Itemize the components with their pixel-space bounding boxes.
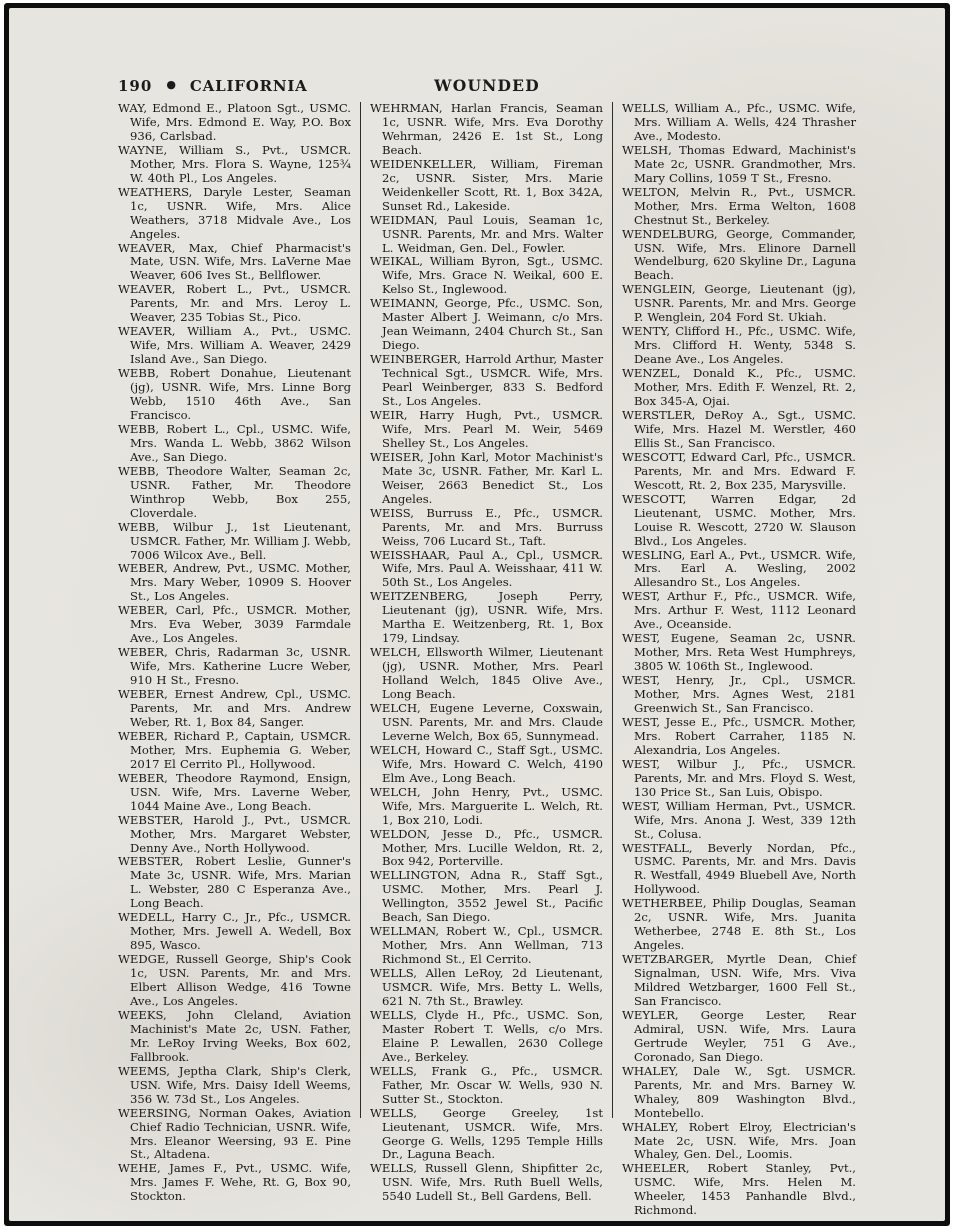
- column-2: WEHRMAN, Harlan Francis, Seaman 1c, USNR…: [361, 102, 613, 1118]
- casualty-entry: WEBB, Robert L., Cpl., USMC. Wife, Mrs. …: [118, 423, 351, 465]
- casualty-entry: WEYLER, George Lester, Rear Admiral, USN…: [622, 1009, 856, 1065]
- casualty-entry: WELCH, Ellsworth Wilmer, Lieutenant (jg)…: [370, 646, 603, 702]
- casualty-entry: WESTFALL, Beverly Nordan, Pfc., USMC. Pa…: [622, 842, 856, 898]
- casualty-entry: WELSH, Thomas Edward, Machinist's Mate 2…: [622, 144, 856, 186]
- casualty-entry: WEIDENKELLER, William, Fireman 2c, USNR.…: [370, 158, 603, 214]
- casualty-entry: WELCH, Howard C., Staff Sgt., USMC. Wife…: [370, 744, 603, 786]
- casualty-entry: WELDON, Jesse D., Pfc., USMCR. Mother, M…: [370, 828, 603, 870]
- casualty-entry: WEBB, Wilbur J., 1st Lieutenant, USMCR. …: [118, 521, 351, 563]
- casualty-entry: WEST, Arthur F., Pfc., USMCR. Wife, Mrs.…: [622, 590, 856, 632]
- casualty-entry: WEBER, Carl, Pfc., USMCR. Mother, Mrs. E…: [118, 604, 351, 646]
- casualty-entry: WELLMAN, Robert W., Cpl., USMCR. Mother,…: [370, 925, 603, 967]
- bullet-icon: ●: [166, 78, 176, 91]
- casualty-entry: WESCOTT, Edward Carl, Pfc., USMCR. Paren…: [622, 451, 856, 493]
- casualty-entry: WHEELER, Robert Stanley, Pvt., USMC. Wif…: [622, 1162, 856, 1218]
- casualty-entry: WEBER, Theodore Raymond, Ensign, USN. Wi…: [118, 772, 351, 814]
- casualty-entry: WEERSING, Norman Oakes, Aviation Chief R…: [118, 1107, 351, 1163]
- casualty-entry: WETHERBEE, Philip Douglas, Seaman 2c, US…: [622, 897, 856, 953]
- casualty-entry: WEBSTER, Harold J., Pvt., USMCR. Mother,…: [118, 814, 351, 856]
- casualty-entry: WEIMANN, George, Pfc., USMC. Son, Master…: [370, 297, 603, 353]
- casualty-entry: WEHE, James F., Pvt., USMC. Wife, Mrs. J…: [118, 1162, 351, 1204]
- casualty-entry: WEATHERS, Daryle Lester, Seaman 1c, USNR…: [118, 186, 351, 242]
- casualty-entry: WEIDMAN, Paul Louis, Seaman 1c, USNR. Pa…: [370, 214, 603, 256]
- casualty-entry: WELLS, Allen LeRoy, 2d Lieutenant, USMCR…: [370, 967, 603, 1009]
- page-header-left: 190 ● CALIFORNIA: [109, 76, 361, 95]
- casualty-entry: WEST, Jesse E., Pfc., USMCR. Mother, Mrs…: [622, 716, 856, 758]
- column-3: WELLS, William A., Pfc., USMC. Wife, Mrs…: [613, 102, 865, 1118]
- casualty-entry: WEIR, Harry Hugh, Pvt., USMCR. Wife, Mrs…: [370, 409, 603, 451]
- casualty-entry: WEAVER, William A., Pvt., USMC. Wife, Mr…: [118, 325, 351, 367]
- casualty-entry: WHALEY, Robert Elroy, Electrician's Mate…: [622, 1121, 856, 1163]
- casualty-entry: WENDELBURG, George, Commander, USN. Wife…: [622, 228, 856, 284]
- casualty-entry: WEST, Henry, Jr., Cpl., USMCR. Mother, M…: [622, 674, 856, 716]
- casualty-entry: WEBER, Richard P., Captain, USMCR. Mothe…: [118, 730, 351, 772]
- casualty-entry: WAYNE, William S., Pvt., USMCR. Mother, …: [118, 144, 351, 186]
- casualty-entry: WEDGE, Russell George, Ship's Cook 1c, U…: [118, 953, 351, 1009]
- page-number: 190: [118, 77, 152, 95]
- casualty-entry: WAY, Edmond E., Platoon Sgt., USMC. Wife…: [118, 102, 351, 144]
- casualty-entry: WEST, Wilbur J., Pfc., USMCR. Parents, M…: [622, 758, 856, 800]
- casualty-entry: WELLINGTON, Adna R., Staff Sgt., USMC. M…: [370, 869, 603, 925]
- casualty-entry: WEHRMAN, Harlan Francis, Seaman 1c, USNR…: [370, 102, 603, 158]
- casualty-entry: WENZEL, Donald K., Pfc., USMC. Mother, M…: [622, 367, 856, 409]
- casualty-entry: WEDELL, Harry C., Jr., Pfc., USMCR. Moth…: [118, 911, 351, 953]
- casualty-entry: WEEMS, Jeptha Clark, Ship's Clerk, USN. …: [118, 1065, 351, 1107]
- casualty-entry: WEBB, Theodore Walter, Seaman 2c, USNR. …: [118, 465, 351, 521]
- casualty-entry: WEITZENBERG, Joseph Perry, Lieutenant (j…: [370, 590, 603, 646]
- casualty-entry: WENGLEIN, George, Lieutenant (jg), USNR.…: [622, 283, 856, 325]
- column-layout: WAY, Edmond E., Platoon Sgt., USMC. Wife…: [109, 102, 905, 1118]
- casualty-entry: WEISER, John Karl, Motor Machinist's Mat…: [370, 451, 603, 507]
- column-1: WAY, Edmond E., Platoon Sgt., USMC. Wife…: [109, 102, 361, 1118]
- casualty-entry: WEBB, Robert Donahue, Lieutenant (jg), U…: [118, 367, 351, 423]
- casualty-entry: WERSTLER, DeRoy A., Sgt., USMC. Wife, Mr…: [622, 409, 856, 451]
- casualty-entry: WELLS, Russell Glenn, Shipfitter 2c, USN…: [370, 1162, 603, 1204]
- casualty-entry: WEAVER, Max, Chief Pharmacist's Mate, US…: [118, 242, 351, 284]
- casualty-entry: WEBER, Chris, Radarman 3c, USNR. Wife, M…: [118, 646, 351, 688]
- casualty-entry: WEINBERGER, Harrold Arthur, Master Techn…: [370, 353, 603, 409]
- casualty-entry: WEEKS, John Cleland, Aviation Machinist'…: [118, 1009, 351, 1065]
- casualty-entry: WELLS, George Greeley, 1st Lieutenant, U…: [370, 1107, 603, 1163]
- state-title: CALIFORNIA: [190, 77, 308, 95]
- casualty-entry: WEBER, Andrew, Pvt., USMC. Mother, Mrs. …: [118, 562, 351, 604]
- casualty-entry: WELLS, William A., Pfc., USMC. Wife, Mrs…: [622, 102, 856, 144]
- casualty-entry: WEIKAL, William Byron, Sgt., USMC. Wife,…: [370, 255, 603, 297]
- casualty-entry: WELLS, Frank G., Pfc., USMCR. Father, Mr…: [370, 1065, 603, 1107]
- casualty-entry: WELCH, Eugene Leverne, Coxswain, USN. Pa…: [370, 702, 603, 744]
- casualty-entry: WETZBARGER, Myrtle Dean, Chief Signalman…: [622, 953, 856, 1009]
- casualty-entry: WEBSTER, Robert Leslie, Gunner's Mate 3c…: [118, 855, 351, 911]
- document-page: 190 ● CALIFORNIA WOUNDED WAY, Edmond E.,…: [9, 8, 945, 1221]
- section-title: WOUNDED: [361, 76, 613, 95]
- casualty-entry: WESCOTT, Warren Edgar, 2d Lieutenant, US…: [622, 493, 856, 549]
- casualty-entry: WELTON, Melvin R., Pvt., USMCR. Mother, …: [622, 186, 856, 228]
- casualty-entry: WEST, Eugene, Seaman 2c, USNR. Mother, M…: [622, 632, 856, 674]
- casualty-entry: WEISS, Burruss E., Pfc., USMCR. Parents,…: [370, 507, 603, 549]
- casualty-entry: WELCH, John Henry, Pvt., USMC. Wife, Mrs…: [370, 786, 603, 828]
- page-header-right: [613, 76, 865, 95]
- casualty-entry: WEBER, Ernest Andrew, Cpl., USMC. Parent…: [118, 688, 351, 730]
- casualty-entry: WHALEY, Dale W., Sgt. USMCR. Parents, Mr…: [622, 1065, 856, 1121]
- casualty-entry: WESLING, Earl A., Pvt., USMCR. Wife, Mrs…: [622, 549, 856, 591]
- casualty-entry: WEISSHAAR, Paul A., Cpl., USMCR. Wife, M…: [370, 549, 603, 591]
- page-header: 190 ● CALIFORNIA WOUNDED: [109, 76, 905, 95]
- casualty-entry: WEST, William Herman, Pvt., USMCR. Wife,…: [622, 800, 856, 842]
- casualty-entry: WEAVER, Robert L., Pvt., USMCR. Parents,…: [118, 283, 351, 325]
- casualty-entry: WELLS, Clyde H., Pfc., USMC. Son, Master…: [370, 1009, 603, 1065]
- casualty-entry: WENTY, Clifford H., Pfc., USMC. Wife, Mr…: [622, 325, 856, 367]
